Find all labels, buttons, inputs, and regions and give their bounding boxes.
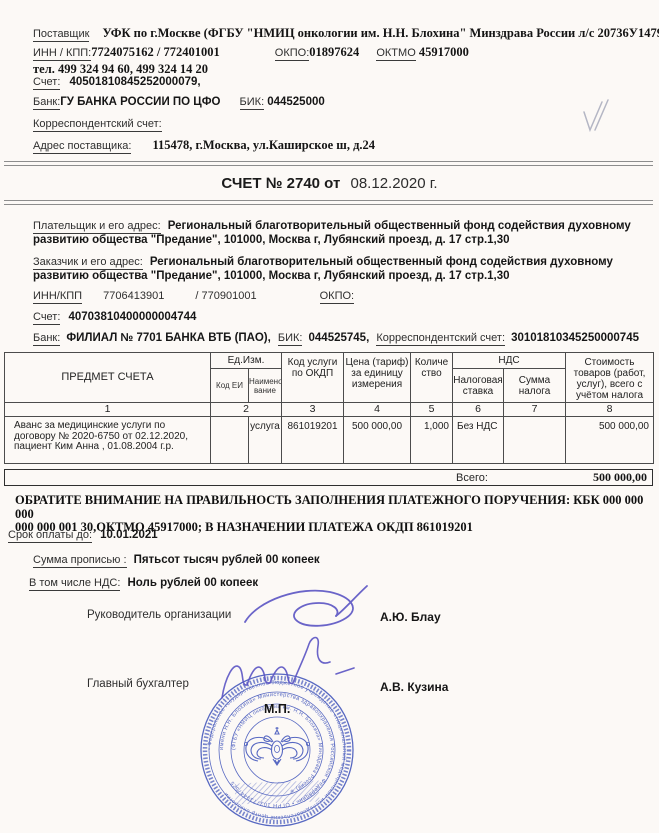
due-date-label: Срок оплаты до: [8, 529, 92, 543]
item-vat-rate: Без НДС [453, 417, 504, 464]
col-num-2: 2 [211, 403, 282, 417]
payer-corr-label: Корреспондентский счет: [376, 332, 505, 346]
col-unit-name-header: Наимено вание [249, 369, 282, 403]
pen-check-mark [578, 96, 614, 136]
accountant-signature-label: Главный бухгалтер [87, 678, 189, 690]
supplier-account-label: Счет: [33, 76, 60, 90]
payer-account-label: Счет: [33, 311, 60, 325]
supplier-bik-value: 044525000 [267, 96, 325, 108]
supplier-bank-label: Банк: [33, 96, 60, 110]
supplier-bik-label: БИК: [240, 96, 265, 110]
item-vat-sum [504, 417, 566, 464]
customer-line1: Заказчик и его адрес: Региональный благо… [33, 256, 613, 268]
item-qty: 1,000 [411, 417, 453, 464]
invoice-title: СЧЕТ № 2740 от 08.12.2020 г. [0, 175, 659, 192]
col-okdp-header: Код услуги по ОКДП [282, 353, 344, 403]
amount-words-value: Пятьсот тысяч рублей 00 копеек [134, 554, 320, 566]
supplier-corr-line: Корреспондентский счет: [33, 118, 162, 130]
payer-label: Плательщик и его адрес: [33, 220, 161, 234]
payer-kpp-value: / 770901001 [195, 290, 256, 302]
invoice-date: 08.12.2020 г. [351, 175, 438, 192]
col-num-7: 7 [504, 403, 566, 417]
payer-inn-line: ИНН/КПП 7706413901 / 770901001 ОКПО: [33, 290, 354, 302]
supplier-corr-label: Корреспондентский счет: [33, 118, 162, 132]
payer-bik-label: БИК: [278, 332, 303, 346]
invoice-number: СЧЕТ № 2740 от [221, 175, 340, 192]
supplier-address-label: Адрес поставщика: [33, 140, 131, 154]
col-num-4: 4 [344, 403, 411, 417]
total-label: Всего: [456, 472, 488, 484]
payer-bank-line: Банк: ФИЛИАЛ № 7701 БАНКА ВТБ (ПАО), БИК… [33, 332, 639, 344]
col-subject-header: ПРЕДМЕТ СЧЕТА [5, 353, 211, 403]
payer-inn-value: 7706413901 [103, 290, 164, 302]
item-okdp: 861019201 [282, 417, 344, 464]
item-subject: Аванс за медицинские услуги по договору … [5, 417, 211, 464]
payer-bank-value: ФИЛИАЛ № 7701 БАНКА ВТБ (ПАО), [66, 332, 270, 344]
supplier-inn-value: 7724075162 / 772401001 [91, 45, 219, 59]
divider-top [4, 161, 653, 166]
amount-words-label: Сумма прописью : [33, 554, 127, 568]
double-headed-eagle-emblem [244, 727, 309, 765]
head-signature-label: Руководитель организации [87, 609, 231, 621]
supplier-okpo-value: 01897624 [309, 45, 359, 59]
vat-words-label: В том числе НДС: [29, 577, 120, 591]
due-date-line: Срок оплаты до: 10.01.2021 [8, 529, 158, 541]
payer-account-line: Счет: 40703810400000004744 [33, 311, 196, 323]
invoice-document: Поставщик УФК по г.Москве (ФГБУ "НМИЦ он… [0, 0, 659, 833]
col-vat-sum-header: Сумма налога [504, 369, 566, 403]
accountant-signature-scribble [212, 630, 372, 710]
supplier-okpo-label: ОКПО: [275, 47, 309, 61]
supplier-inn-line: ИНН / КПП:7724075162 / 772401001 ОКПО:01… [33, 45, 469, 60]
col-vat-rate-header: Налоговая ставка [453, 369, 504, 403]
supplier-line: Поставщик УФК по г.Москве (ФГБУ "НМИЦ он… [33, 26, 659, 41]
amount-words-line: Сумма прописью : Пятьсот тысяч рублей 00… [33, 554, 320, 566]
divider-below-title [4, 200, 653, 205]
col-total-header: Стоимость товаров (работ, услуг), всего … [566, 353, 654, 403]
supplier-value: УФК по г.Москве (ФГБУ "НМИЦ онкологии им… [102, 26, 659, 40]
col-num-8: 8 [566, 403, 654, 417]
supplier-account-line: Счет: 40501810845252000079, [33, 76, 201, 88]
supplier-inn-label: ИНН / КПП: [33, 47, 91, 61]
supplier-address-value: 115478, г.Москва, ул.Каширское ш, д.24 [152, 138, 375, 152]
payment-notice-line1: ОБРАТИТЕ ВНИМАНИЕ НА ПРАВИЛЬНОСТЬ ЗАПОЛН… [15, 494, 649, 521]
item-unit-name: услуга [249, 417, 282, 464]
supplier-account-value: 40501810845252000079, [69, 76, 200, 88]
customer-value-1: Региональный благотворительный обществен… [150, 256, 613, 268]
payer-account-value: 40703810400000004744 [68, 311, 196, 323]
col-unit-header: Ед.Изм. [211, 353, 282, 369]
svg-text:(ФГБУ «НМИЦ онкологии им. Н.Н.: (ФГБУ «НМИЦ онкологии им. Н.Н. Блохина» … [231, 704, 323, 794]
customer-line2: развитию общества "Предание", 101000, Мо… [33, 270, 510, 282]
supplier-address-line: Адрес поставщика: 115478, г.Москва, ул.К… [33, 138, 375, 153]
payer-inn-label: ИНН/КПП [33, 290, 82, 304]
col-num-6: 6 [453, 403, 504, 417]
item-price: 500 000,00 [344, 417, 411, 464]
total-value: 500 000,00 [593, 470, 647, 485]
due-date-value: 10.01.2021 [100, 529, 158, 541]
payer-corr-value: 30101810345250000745 [511, 332, 639, 344]
payer-value-1: Региональный благотворительный обществен… [168, 220, 631, 232]
item-total: 500 000,00 [566, 417, 654, 464]
payer-bank-label: Банк: [33, 332, 60, 346]
stamp-place-label: М.П. [264, 702, 290, 716]
col-num-3: 3 [282, 403, 344, 417]
col-price-header: Цена (тариф) за единицу измерения [344, 353, 411, 403]
item-row: Аванс за медицинские услуги по договору … [5, 417, 654, 464]
supplier-label: Поставщик [33, 28, 89, 42]
supplier-bank-value: ГУ БАНКА РОССИИ ПО ЦФО [60, 96, 220, 108]
supplier-oktmo-value: 45917000 [419, 45, 469, 59]
stamp-ring-inner-text: (ФГБУ «НМИЦ онкологии им. Н.Н. Блохина» … [231, 704, 323, 794]
payer-line1: Плательщик и его адрес: Региональный бла… [33, 220, 631, 232]
supplier-phone: тел. 499 324 94 60, 499 324 14 20 [33, 62, 208, 77]
supplier-bank-line: Банк:ГУ БАНКА РОССИИ ПО ЦФО БИК: 0445250… [33, 96, 325, 108]
stamp-hatched-box [235, 781, 320, 805]
payer-okpo-label: ОКПО: [320, 290, 354, 304]
col-vat-header: НДС [453, 353, 566, 369]
col-unit-code-header: Код ЕИ [211, 369, 249, 403]
payer-bik-value: 044525745, [309, 332, 370, 344]
total-row: Всего: 500 000,00 [4, 469, 653, 486]
col-num-5: 5 [411, 403, 453, 417]
col-qty-header: Количе ство [411, 353, 453, 403]
supplier-oktmo-label: ОКТМО [376, 47, 415, 61]
payer-line2: развитию общества "Предание", 101000, Мо… [33, 234, 510, 246]
items-table: ПРЕДМЕТ СЧЕТА Ед.Изм. Код услуги по ОКДП… [4, 352, 654, 464]
item-unit-code [211, 417, 249, 464]
col-num-1: 1 [5, 403, 211, 417]
customer-label: Заказчик и его адрес: [33, 256, 143, 270]
